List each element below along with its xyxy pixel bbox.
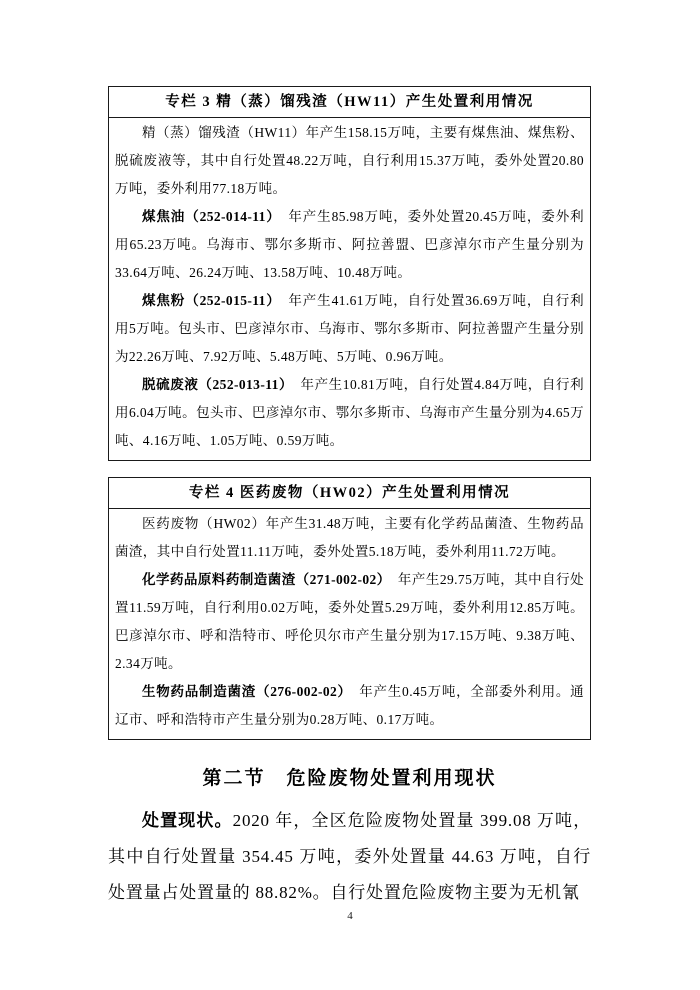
box-3-paragraph-desulfurization-liquid: 脱硫废液（252-013-11） 年产生10.81万吨，自行处置4.84万吨，自…: [115, 371, 584, 455]
section-body-paragraph: 处置现状。2020 年，全区危险废物处置量 399.08 万吨，其中自行处置量 …: [108, 803, 591, 911]
callout-box-3-body: 精（蒸）馏残渣（HW11）年产生158.15万吨，主要有煤焦油、煤焦粉、脱硫废液…: [109, 118, 590, 460]
paragraph-lead: 生物药品制造菌渣（276-002-02）: [142, 684, 345, 699]
paragraph-text: 医药废物（HW02）年产生31.48万吨，主要有化学药品菌渣、生物药品菌渣，其中…: [115, 516, 584, 559]
callout-box-3-title: 专栏 3 精（蒸）馏残渣（HW11）产生处置利用情况: [109, 87, 590, 118]
box-3-paragraph-coal-tar: 煤焦油（252-014-11） 年产生85.98万吨，委外处置20.45万吨，委…: [115, 203, 584, 287]
text-column: 专栏 3 精（蒸）馏残渣（HW11）产生处置利用情况 精（蒸）馏残渣（HW11）…: [108, 86, 591, 911]
callout-box-4: 专栏 4 医药废物（HW02）产生处置利用情况 医药废物（HW02）年产生31.…: [108, 477, 591, 740]
callout-box-4-title: 专栏 4 医药废物（HW02）产生处置利用情况: [109, 478, 590, 509]
section-heading: 第二节 危险废物处置利用现状: [108, 765, 591, 792]
paragraph-lead: 化学药品原料药制造菌渣（271-002-02）: [142, 572, 384, 587]
document-page: 专栏 3 精（蒸）馏残渣（HW11）产生处置利用情况 精（蒸）馏残渣（HW11）…: [0, 0, 700, 990]
callout-box-4-body: 医药废物（HW02）年产生31.48万吨，主要有化学药品菌渣、生物药品菌渣，其中…: [109, 509, 590, 739]
box-4-paragraph-bio-residue: 生物药品制造菌渣（276-002-02） 年产生0.45万吨，全部委外利用。通辽…: [115, 678, 584, 734]
page-number: 4: [0, 910, 700, 922]
box-3-paragraph-coke-powder: 煤焦粉（252-015-11） 年产生41.61万吨，自行处置36.69万吨，自…: [115, 287, 584, 371]
paragraph-text: 精（蒸）馏残渣（HW11）年产生158.15万吨，主要有煤焦油、煤焦粉、脱硫废液…: [115, 125, 584, 196]
box-4-paragraph-overview: 医药废物（HW02）年产生31.48万吨，主要有化学药品菌渣、生物药品菌渣，其中…: [115, 510, 584, 566]
box-3-paragraph-overview: 精（蒸）馏残渣（HW11）年产生158.15万吨，主要有煤焦油、煤焦粉、脱硫废液…: [115, 119, 584, 203]
box-4-paragraph-chemical-residue: 化学药品原料药制造菌渣（271-002-02） 年产生29.75万吨，其中自行处…: [115, 566, 584, 678]
paragraph-lead: 煤焦粉（252-015-11）: [142, 293, 274, 308]
paragraph-lead: 煤焦油（252-014-11）: [142, 209, 274, 224]
callout-box-3: 专栏 3 精（蒸）馏残渣（HW11）产生处置利用情况 精（蒸）馏残渣（HW11）…: [108, 86, 591, 461]
paragraph-lead: 脱硫废液（252-013-11）: [142, 377, 286, 392]
paragraph-lead: 处置现状。: [142, 811, 233, 830]
